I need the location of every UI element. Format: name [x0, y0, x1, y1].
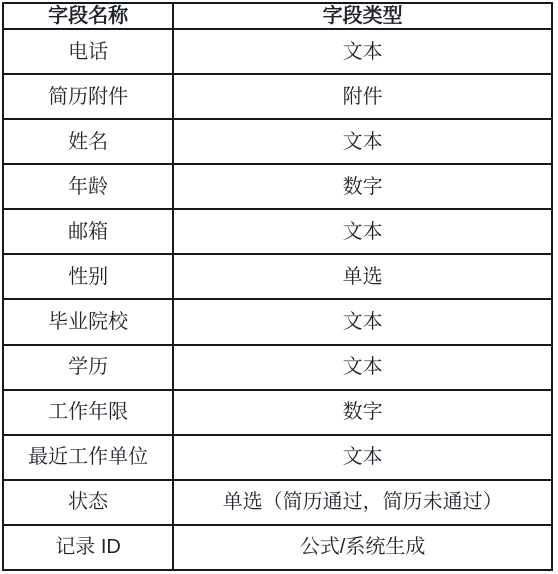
- field-name-cell: 状态: [3, 480, 173, 525]
- table-row: 工作年限 数字: [3, 390, 552, 435]
- table-header-row: 字段名称 字段类型: [3, 3, 552, 29]
- field-name-cell: 记录 ID: [3, 525, 173, 570]
- field-name-cell: 年龄: [3, 164, 173, 209]
- table-row: 姓名 文本: [3, 119, 552, 164]
- field-type-cell: 文本: [173, 345, 552, 390]
- field-type-cell: 文本: [173, 435, 552, 480]
- field-name-cell: 电话: [3, 29, 173, 74]
- field-name-cell: 毕业院校: [3, 299, 173, 344]
- field-name-cell: 学历: [3, 345, 173, 390]
- header-field-type: 字段类型: [173, 3, 552, 29]
- table-row: 简历附件 附件: [3, 74, 552, 119]
- table-row: 电话 文本: [3, 29, 552, 74]
- field-type-cell: 公式/系统生成: [173, 525, 552, 570]
- table-row: 状态 单选（简历通过，简历未通过）: [3, 480, 552, 525]
- field-name-cell: 工作年限: [3, 390, 173, 435]
- field-type-cell: 数字: [173, 390, 552, 435]
- field-definition-table: 字段名称 字段类型 电话 文本 简历附件 附件 姓名 文本 年龄 数字 邮箱: [2, 2, 553, 571]
- table-row: 邮箱 文本: [3, 209, 552, 254]
- header-field-name: 字段名称: [3, 3, 173, 29]
- field-name-cell: 简历附件: [3, 74, 173, 119]
- field-type-cell: 文本: [173, 119, 552, 164]
- table-row: 学历 文本: [3, 345, 552, 390]
- field-name-cell: 邮箱: [3, 209, 173, 254]
- field-type-cell: 单选（简历通过，简历未通过）: [173, 480, 552, 525]
- table-row: 最近工作单位 文本: [3, 435, 552, 480]
- table-row: 毕业院校 文本: [3, 299, 552, 344]
- field-type-cell: 文本: [173, 29, 552, 74]
- field-type-cell: 附件: [173, 74, 552, 119]
- field-name-cell: 性别: [3, 254, 173, 299]
- table-row: 性别 单选: [3, 254, 552, 299]
- field-type-cell: 数字: [173, 164, 552, 209]
- field-type-cell: 文本: [173, 209, 552, 254]
- table-row: 记录 ID 公式/系统生成: [3, 525, 552, 570]
- field-name-cell: 最近工作单位: [3, 435, 173, 480]
- field-name-cell: 姓名: [3, 119, 173, 164]
- table-row: 年龄 数字: [3, 164, 552, 209]
- page: 字段名称 字段类型 电话 文本 简历附件 附件 姓名 文本 年龄 数字 邮箱: [0, 0, 558, 574]
- field-type-cell: 单选: [173, 254, 552, 299]
- field-type-cell: 文本: [173, 299, 552, 344]
